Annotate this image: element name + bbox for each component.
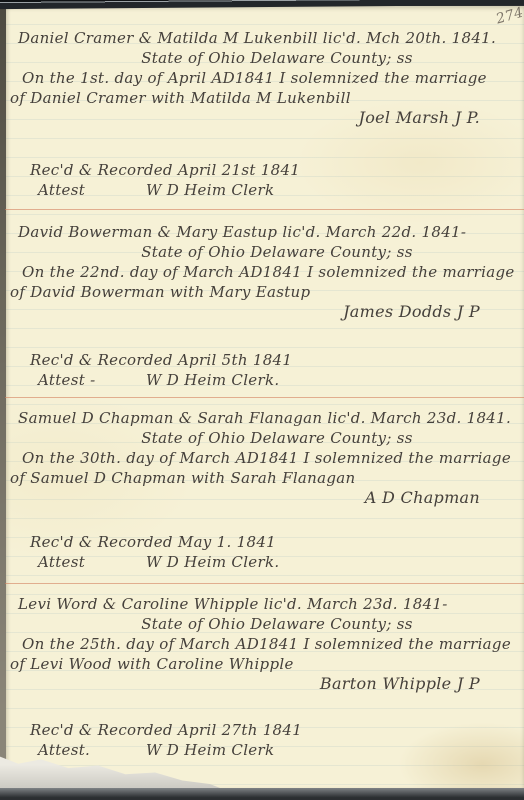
clerk-signature: W D Heim Clerk. [146,370,279,390]
recorded-line: Rec'd & Recorded April 5th 1841 [10,350,514,370]
record-block: Rec'd & Recorded May 1. 1841 Attest W D … [10,532,514,572]
book-binding-edge [0,0,6,788]
officiant-signature: James Dodds J P [10,302,514,322]
couple-line: of Samuel D Chapman with Sarah Flanagan [10,468,514,488]
attest-label: Attest. [38,740,146,760]
entry-separator [5,583,524,584]
entry-separator [5,397,524,398]
officiant-signature: Joel Marsh J P. [10,108,514,128]
recorded-line: Rec'd & Recorded April 27th 1841 [10,720,514,740]
marriage-entry: Daniel Cramer & Matilda M Lukenbill lic'… [10,28,514,128]
clerk-signature: W D Heim Clerk. [146,552,279,572]
clerk-signature: W D Heim Clerk [146,740,274,760]
marriage-entry: Samuel D Chapman & Sarah Flanagan lic'd.… [10,408,514,508]
solemnized-line: On the 1st. day of April AD1841 I solemn… [10,68,514,88]
record-block: Rec'd & Recorded April 5th 1841 Attest -… [10,350,514,390]
attest-label: Attest [38,180,146,200]
entry-heading: Daniel Cramer & Matilda M Lukenbill lic'… [10,28,514,48]
entry-heading: Levi Word & Caroline Whipple lic'd. Marc… [10,594,514,614]
attest-label: Attest - [38,370,146,390]
entry-separator [5,209,524,210]
record-block: Rec'd & Recorded April 21st 1841 Attest … [10,160,514,200]
state-county-line: State of Ohio Delaware County; ss [10,242,514,262]
officiant-signature: Barton Whipple J P [10,674,514,694]
recorded-line: Rec'd & Recorded April 21st 1841 [10,160,514,180]
solemnized-line: On the 22nd. day of March AD1841 I solem… [10,262,514,282]
state-county-line: State of Ohio Delaware County; ss [10,614,514,634]
state-county-line: State of Ohio Delaware County; ss [10,428,514,448]
entry-heading: Samuel D Chapman & Sarah Flanagan lic'd.… [10,408,514,428]
couple-line: of Levi Wood with Caroline Whipple [10,654,514,674]
attest-label: Attest [38,552,146,572]
scanned-marriage-record-page: { "page_number": "274", "entries": [ { "… [0,0,524,800]
clerk-signature: W D Heim Clerk [146,180,274,200]
marriage-entry: David Bowerman & Mary Eastup lic'd. Marc… [10,222,514,322]
solemnized-line: On the 30th. day of March AD1841 I solem… [10,448,514,468]
state-county-line: State of Ohio Delaware County; ss [10,48,514,68]
book-bottom-edge [0,788,524,800]
entry-heading: David Bowerman & Mary Eastup lic'd. Marc… [10,222,514,242]
officiant-signature: A D Chapman [10,488,514,508]
marriage-entry: Levi Word & Caroline Whipple lic'd. Marc… [10,594,514,694]
couple-line: of David Bowerman with Mary Eastup [10,282,514,302]
record-block: Rec'd & Recorded April 27th 1841 Attest.… [10,720,514,760]
couple-line: of Daniel Cramer with Matilda M Lukenbil… [10,88,514,108]
solemnized-line: On the 25th. day of March AD1841 I solem… [10,634,514,654]
recorded-line: Rec'd & Recorded May 1. 1841 [10,532,514,552]
